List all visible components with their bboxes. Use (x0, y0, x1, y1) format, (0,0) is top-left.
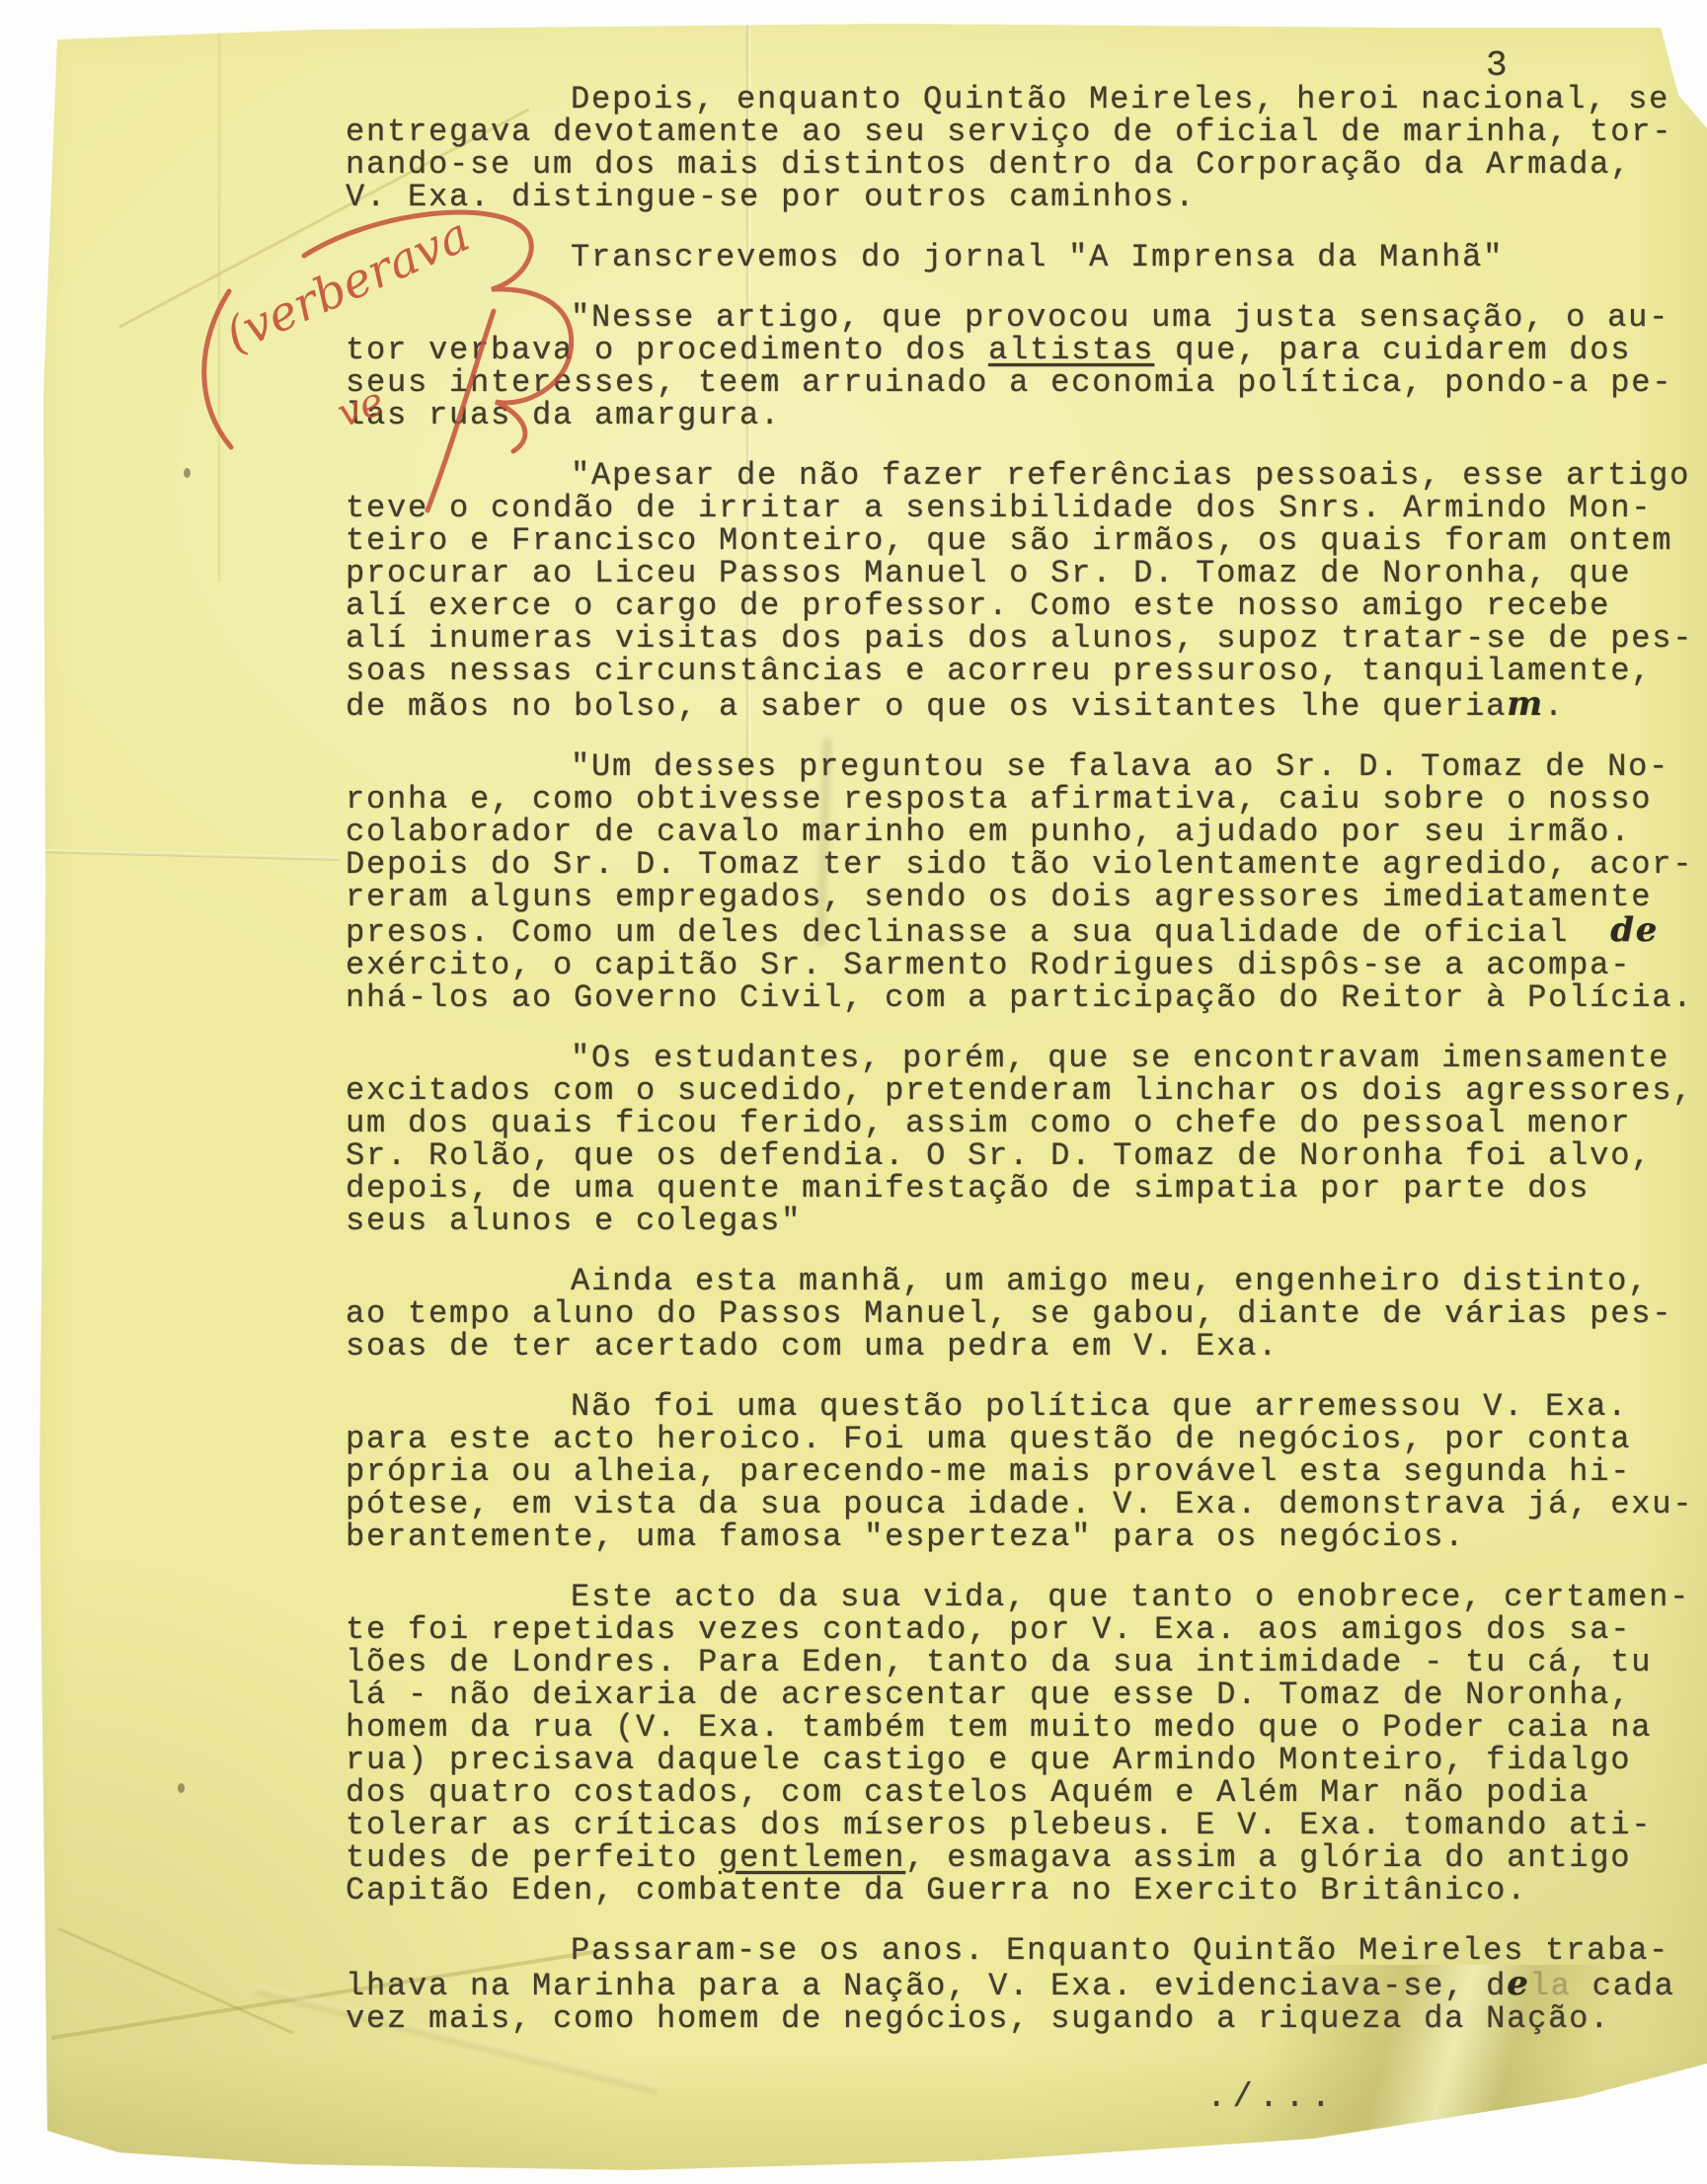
crease-bottom-left (58, 1927, 294, 2034)
typed-segment: exército, o capitão Sr. Sarmento Rodrigu… (346, 947, 1693, 1016)
staple-hole (178, 1783, 185, 1793)
typed-paragraph: Passaram-se os anos. Enquanto Quintão Me… (346, 1934, 1698, 2035)
overstruck-correction: e (1507, 1963, 1529, 2002)
typed-segment: Este acto da sua vida, que tanto o enobr… (346, 1579, 1690, 1876)
overstruck-correction: m (1507, 683, 1544, 723)
paper: 3 Depois, enquanto Quintão Meireles, her… (0, 0, 1707, 2184)
annotation-word-sub: ve (332, 378, 390, 436)
typed-segment: Não foi uma questão política que arremes… (346, 1388, 1693, 1555)
typed-paragraph: Este acto da sua vida, que tanto o enobr… (346, 1581, 1698, 1907)
underlined-word: altistas (988, 332, 1154, 368)
handwritten-annotation: (verberava ve (178, 193, 652, 587)
annotation-word: (verberava (217, 207, 478, 363)
typed-paragraph: "Os estudantes, porém, que se encontrava… (346, 1042, 1698, 1237)
typed-paragraph: Não foi uma questão política que arremes… (346, 1390, 1698, 1553)
typed-segment: . (1544, 688, 1565, 725)
page-number: 3 (1486, 45, 1508, 86)
typed-segment: Passaram-se os anos. Enquanto Quintão Me… (346, 1932, 1669, 2004)
scan-background: 3 Depois, enquanto Quintão Meireles, her… (0, 0, 1707, 2184)
typed-paragraph: Ainda esta manhã, um amigo meu, engenhei… (346, 1265, 1698, 1363)
typed-segment: Transcrevemos do jornal "A Imprensa da M… (571, 239, 1504, 275)
typed-paragraph: "Um desses preguntou se falava ao Sr. D.… (346, 750, 1698, 1014)
typed-segment: la (1530, 1968, 1572, 2004)
typed-segment: "Os estudantes, porém, que se encontrava… (346, 1040, 1693, 1239)
typed-segment: Ainda esta manhã, um amigo meu, engenhei… (346, 1263, 1672, 1365)
crease-horizontal-left (43, 849, 340, 861)
footer-continuation-mark: ./... (1206, 2079, 1337, 2117)
typed-segment: "Um desses preguntou se falava ao Sr. D.… (346, 748, 1693, 951)
overstruck-correction: de (1610, 909, 1659, 949)
annotation-pointer-stroke (427, 311, 494, 510)
underlined-word: gentlemen (719, 1839, 905, 1876)
